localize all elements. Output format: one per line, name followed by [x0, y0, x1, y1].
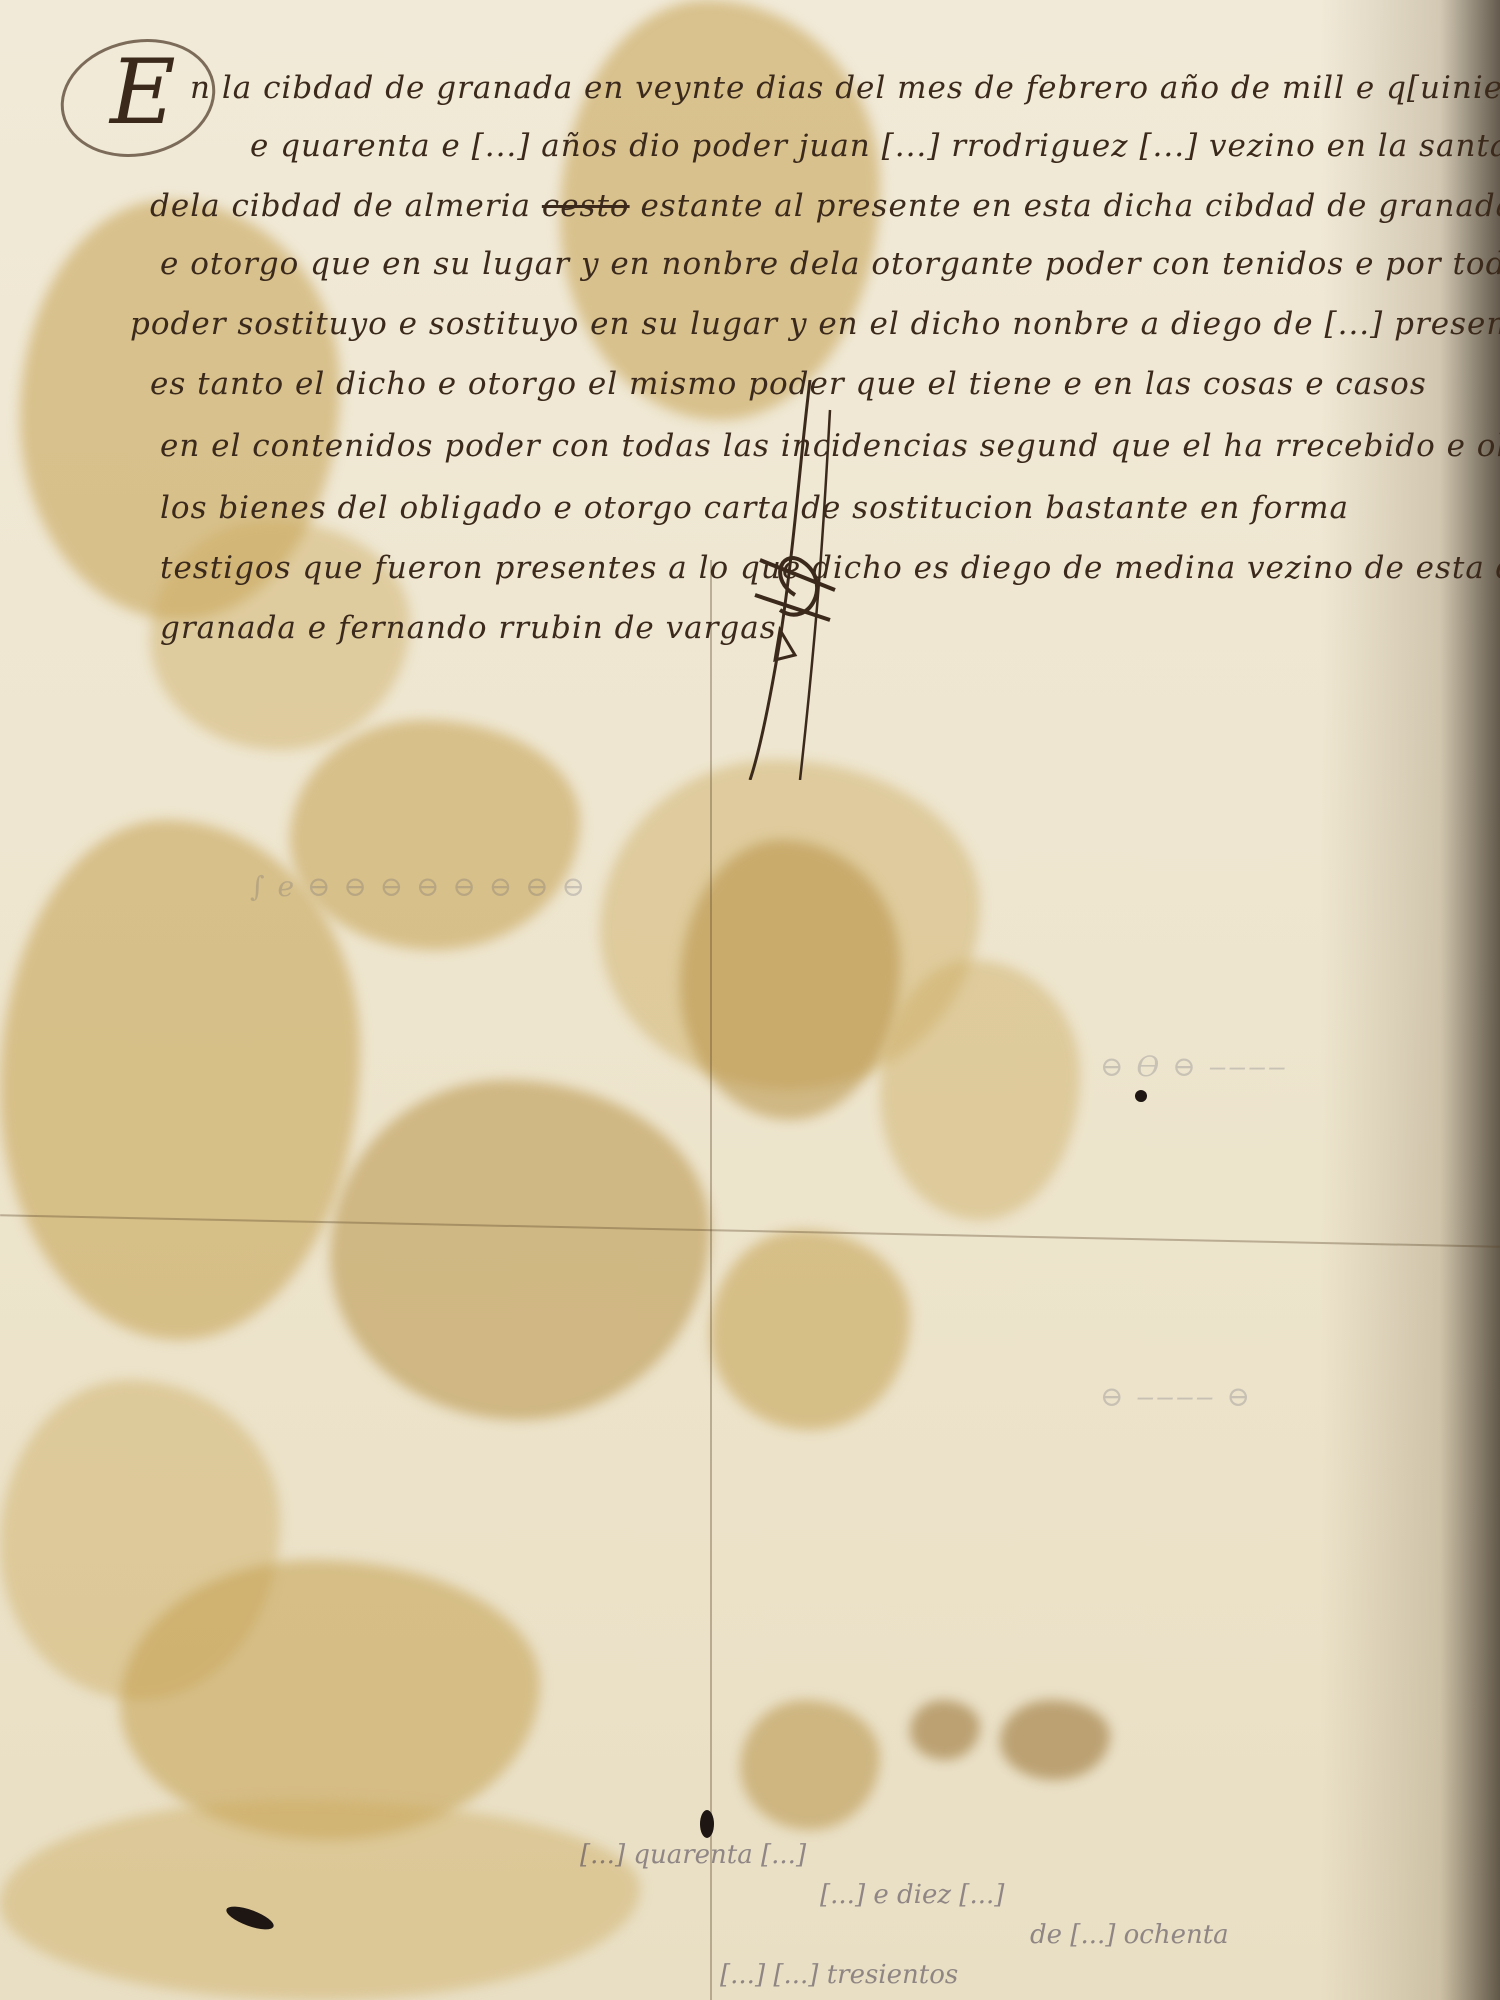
text-line-1: n la cibdad de granada en veynte dias de…: [190, 70, 1500, 106]
bleed-through-ruling: ⊖ Ɵ ⊖ ‒‒‒‒: [1100, 1050, 1288, 1083]
bleed-through-line: [...] e diez [...]: [820, 1880, 1004, 1910]
ink-spot: [700, 1810, 714, 1838]
bleed-through-line: [...] [...] tresientos: [720, 1960, 958, 1990]
bleed-through-ruling: ∫ e ⊖ ⊖ ⊖ ⊖ ⊖ ⊖ ⊖ ⊖: [250, 870, 587, 903]
text-line-3-start: dela cibdad de almeria: [150, 188, 531, 224]
bleed-through-line: de [...] ochenta: [1030, 1920, 1229, 1950]
water-stain: [0, 1800, 640, 2000]
text-line-5: poder sostituyo e sostituyo en su lugar …: [130, 306, 1500, 342]
text-line-2: e quarenta e [...] años dio poder juan […: [250, 128, 1500, 164]
fold-line-vertical: [710, 560, 712, 2000]
water-stain: [120, 1560, 540, 1840]
ink-spot: [1135, 1090, 1147, 1102]
water-stain: [710, 1230, 910, 1430]
struck-word: cesto: [542, 188, 630, 224]
manuscript-page: ∫ e ⊖ ⊖ ⊖ ⊖ ⊖ ⊖ ⊖ ⊖ ⊖ Ɵ ⊖ ‒‒‒‒ ⊖ ‒‒‒‒ ⊖ …: [0, 0, 1500, 2000]
water-stain: [330, 1080, 710, 1420]
water-stain: [1000, 1700, 1110, 1780]
water-stain: [880, 960, 1080, 1220]
water-stain: [740, 1700, 880, 1830]
text-line-10: granada e fernando rrubin de vargas: [160, 610, 777, 646]
text-line-4: e otorgo que en su lugar y en nonbre del…: [160, 246, 1500, 282]
rubric-flourish-icon: [740, 380, 860, 780]
water-stain: [910, 1700, 980, 1760]
text-line-3-end: estante al presente en esta dicha cibdad…: [640, 188, 1500, 224]
bleed-through-ruling: ⊖ ‒‒‒‒ ⊖: [1100, 1380, 1252, 1413]
water-stain: [680, 840, 900, 1120]
decorative-initial: E: [110, 40, 176, 145]
text-line-3: dela cibdad de almeria cesto estante al …: [150, 188, 1500, 224]
water-stain: [290, 720, 580, 950]
bleed-through-line: [...] quarenta [...]: [580, 1840, 806, 1870]
